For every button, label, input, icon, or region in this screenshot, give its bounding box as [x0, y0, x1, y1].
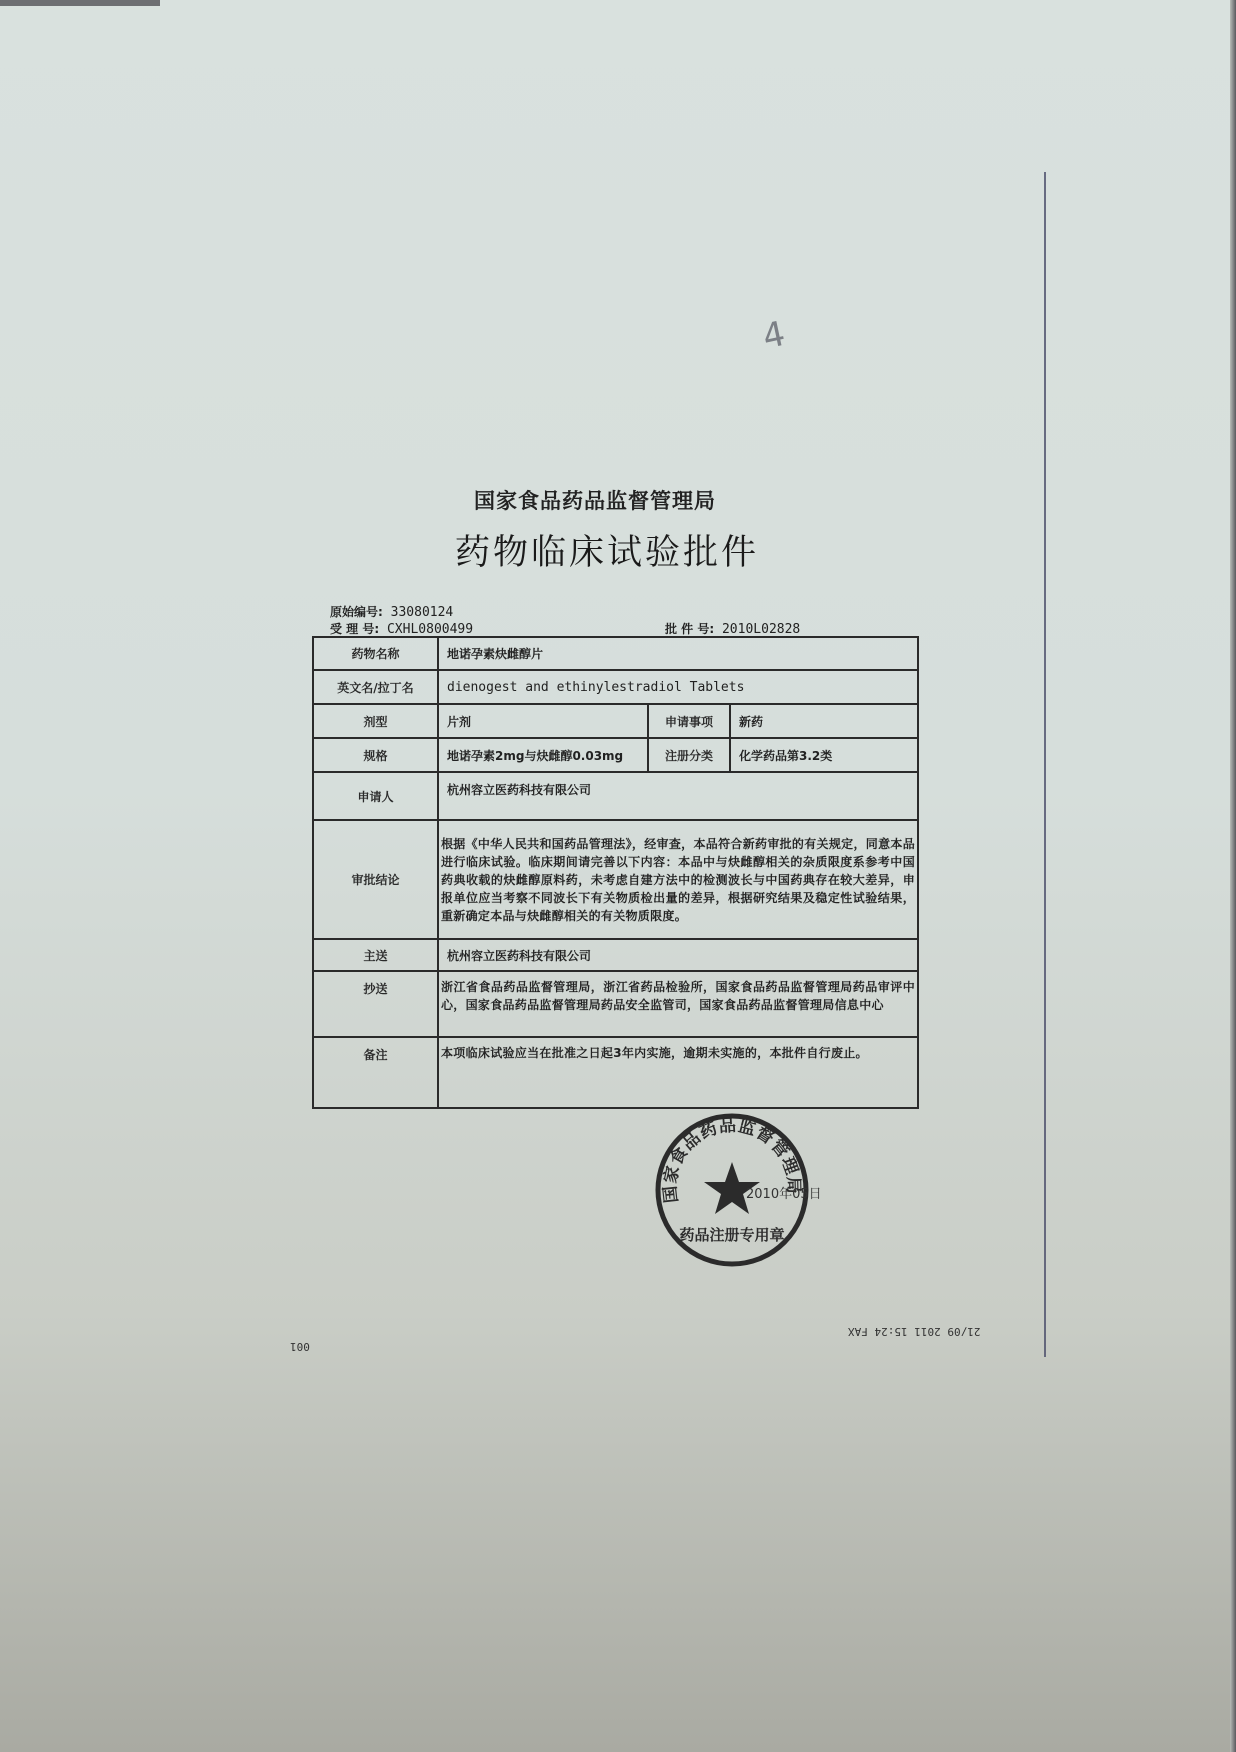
drug-name-label: 药物名称: [313, 637, 438, 670]
approval-table: 药物名称 地诺孕素炔雌醇片 英文名/拉丁名 dienogest and ethi…: [312, 636, 919, 1109]
original-number: 原始编号: 33080124: [330, 603, 453, 620]
document-title: 药物临床试验批件: [455, 525, 759, 575]
approval-number-label: 批 件 号:: [665, 622, 714, 636]
photo-border-top: [0, 0, 160, 6]
acceptance-number-value: CXHL0800499: [387, 622, 473, 637]
table-row: 剂型 片剂 申请事项 新药: [313, 704, 918, 738]
agency-name: 国家食品药品监督管理局: [474, 485, 716, 515]
cc-value: 浙江省食品药品监督管理局，浙江省药品检验所，国家食品药品监督管理局药品审评中心，…: [438, 971, 918, 1037]
applicant-label: 申请人: [313, 772, 438, 820]
applicant-value: 杭州容立医药科技有限公司: [438, 772, 918, 820]
conclusion-label: 审批结论: [313, 820, 438, 939]
approval-date: 2010年05日: [746, 1183, 822, 1202]
registration-class-value: 化学药品第3.2类: [730, 738, 918, 772]
dosage-form-value: 片剂: [438, 704, 648, 738]
main-recipient-value: 杭州容立医药科技有限公司: [438, 939, 918, 971]
approval-number-value: 2010L02828: [722, 622, 800, 637]
table-row: 规格 地诺孕素2mg与炔雌醇0.03mg 注册分类 化学药品第3.2类: [313, 738, 918, 772]
spec-value: 地诺孕素2mg与炔雌醇0.03mg: [438, 738, 648, 772]
seal-inner-text: 药品注册专用章: [679, 1226, 784, 1244]
application-item-label: 申请事项: [648, 704, 730, 738]
photo-border-right: [1230, 0, 1236, 1752]
english-name-label: 英文名/拉丁名: [313, 670, 438, 704]
table-row: 审批结论 根据《中华人民共和国药品管理法》，经审查，本品符合新药审批的有关规定，…: [313, 820, 918, 939]
table-row: 备注 本项临床试验应当在批准之日起3年内实施，逾期未实施的，本批件自行废止。: [313, 1037, 918, 1108]
remarks-value: 本项临床试验应当在批准之日起3年内实施，逾期未实施的，本批件自行废止。: [438, 1037, 918, 1108]
acceptance-number: 受 理 号: CXHL0800499: [330, 620, 473, 637]
spec-label: 规格: [313, 738, 438, 772]
table-row: 药物名称 地诺孕素炔雌醇片: [313, 637, 918, 670]
table-row: 申请人 杭州容立医药科技有限公司: [313, 772, 918, 820]
dosage-form-label: 剂型: [313, 704, 438, 738]
original-number-value: 33080124: [391, 605, 454, 620]
original-number-label: 原始编号:: [330, 605, 383, 619]
acceptance-number-label: 受 理 号:: [330, 622, 379, 636]
drug-name-value: 地诺孕素炔雌醇片: [438, 637, 918, 670]
remarks-label: 备注: [313, 1037, 438, 1108]
table-row: 抄送 浙江省食品药品监督管理局，浙江省药品检验所，国家食品药品监督管理局药品审评…: [313, 971, 918, 1037]
fax-header: 21/09 2011 15:24 FAX: [848, 1325, 980, 1338]
cc-label: 抄送: [313, 971, 438, 1037]
english-name-value: dienogest and ethinylestradiol Tablets: [438, 670, 918, 704]
fax-page-number: 001: [290, 1340, 310, 1353]
registration-class-label: 注册分类: [648, 738, 730, 772]
application-item-value: 新药: [730, 704, 918, 738]
main-recipient-label: 主送: [313, 939, 438, 971]
table-row: 主送 杭州容立医药科技有限公司: [313, 939, 918, 971]
table-row: 英文名/拉丁名 dienogest and ethinylestradiol T…: [313, 670, 918, 704]
fax-page-edge: [1044, 172, 1046, 1357]
approval-number: 批 件 号: 2010L02828: [665, 620, 800, 637]
conclusion-value: 根据《中华人民共和国药品管理法》，经审查，本品符合新药审批的有关规定，同意本品进…: [438, 820, 918, 939]
handwritten-mark: 4: [759, 311, 805, 367]
